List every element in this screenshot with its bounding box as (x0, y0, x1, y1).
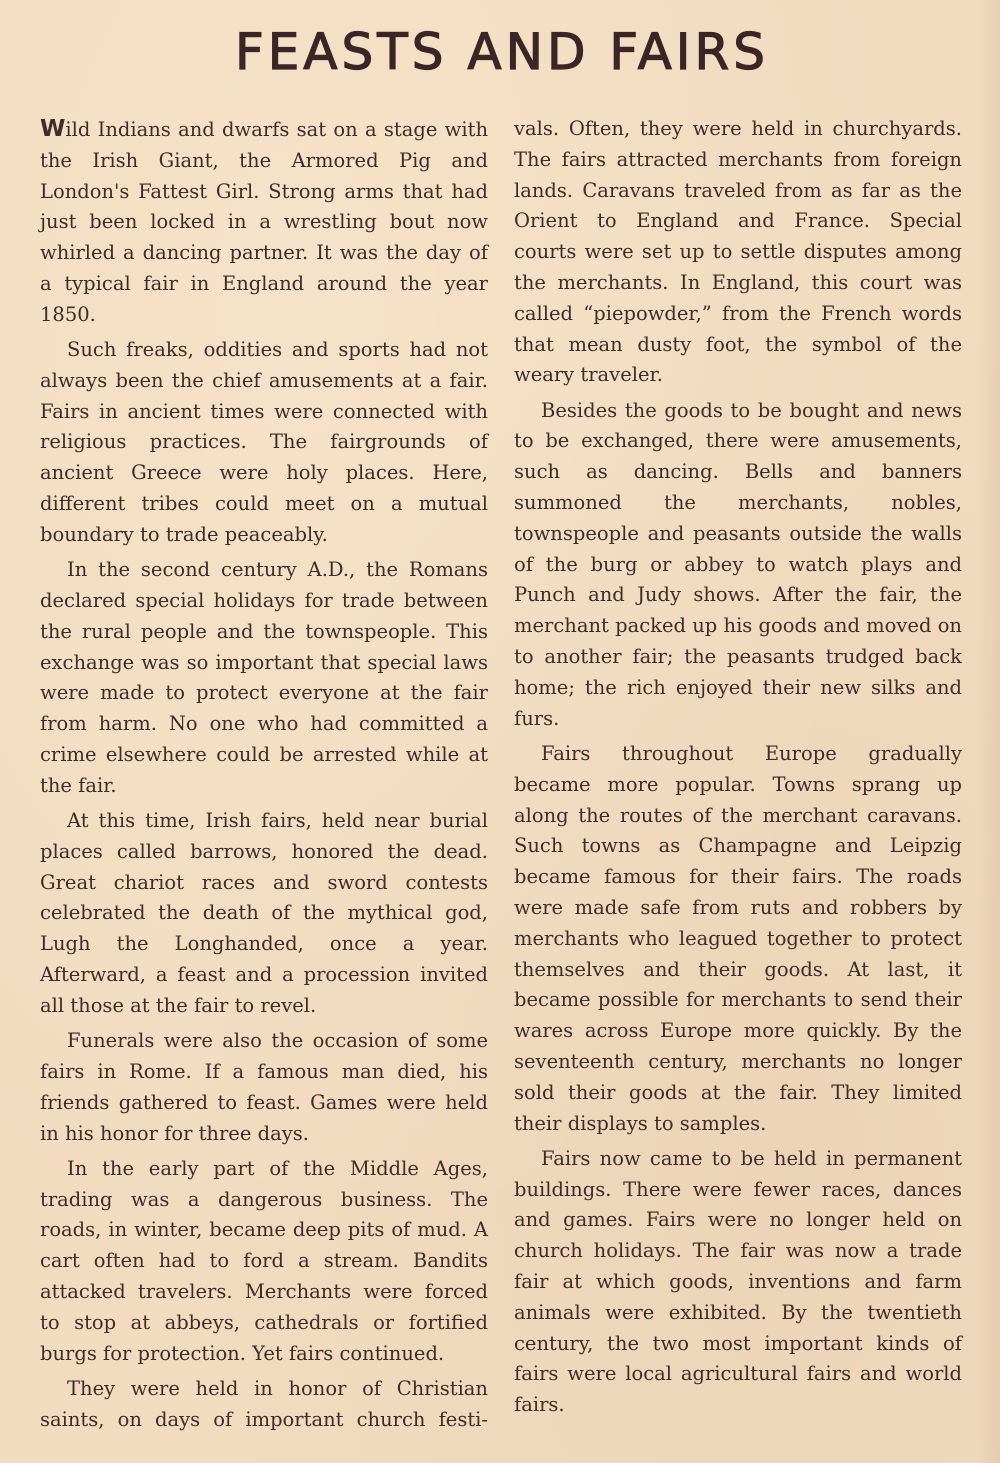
paragraph-7-continuation: vals. Often, they were held in churchyar… (514, 114, 962, 391)
paragraph-1: Wild Indians and dwarfs sat on a stage w… (40, 114, 488, 331)
paragraph-4: At this time, Irish fairs, held near bur… (40, 806, 488, 1022)
paragraph-8: Besides the goods to be bought and news … (514, 396, 962, 735)
paragraph-2: Such freaks, oddities and sports had not… (40, 335, 488, 551)
paragraph-9: Fairs throughout Europe gradually became… (514, 739, 962, 1139)
right-column: vals. Often, they were held in churchyar… (514, 114, 962, 1425)
paragraph-1-text: ild Indians and dwarfs sat on a stage wi… (40, 118, 488, 326)
paragraph-3: In the second century A.D., the Romans d… (40, 555, 488, 801)
page-edge-shadow (978, 0, 1000, 1463)
paragraph-6: In the early part of the Middle Ages, tr… (40, 1154, 488, 1370)
page: FEASTS AND FAIRS Wild Indians and dwarfs… (0, 0, 1000, 1463)
paragraph-7: They were held in honor of Christian sai… (40, 1374, 488, 1436)
paragraph-10: Fairs now came to be held in permanent b… (514, 1144, 962, 1421)
paragraph-5: Funerals were also the occasion of some … (40, 1026, 488, 1149)
left-column: Wild Indians and dwarfs sat on a stage w… (40, 114, 488, 1440)
drop-letter: W (40, 116, 65, 142)
article-title: FEASTS AND FAIRS (0, 22, 1000, 82)
